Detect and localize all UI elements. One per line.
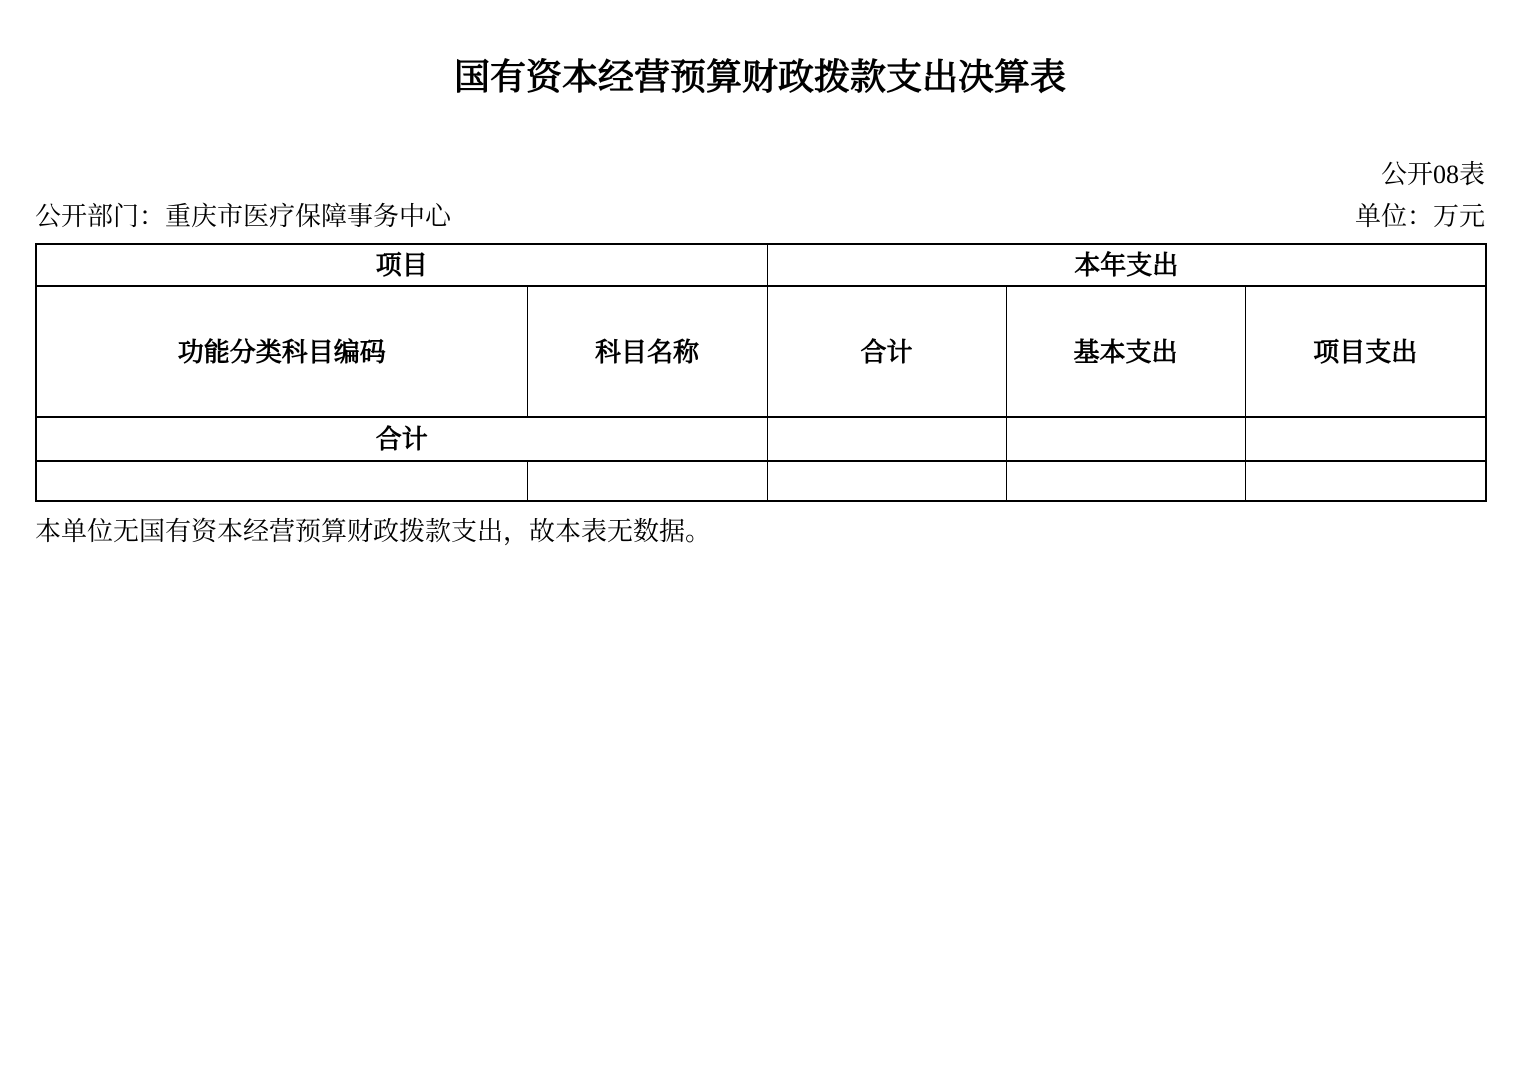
empty-row-total-cell <box>767 461 1006 501</box>
empty-row-name-cell <box>527 461 767 501</box>
column-header-row: 功能分类科目编码 科目名称 合计 基本支出 项目支出 <box>36 286 1486 417</box>
group-header-current-year-expenditure: 本年支出 <box>767 244 1486 286</box>
page-title: 国有资本经营预算财政拨款支出决算表 <box>35 55 1485 99</box>
meta-row: 公开部门：重庆市医疗保障事务中心 单位：万元 <box>35 201 1485 233</box>
table-code-label: 公开08表 <box>35 159 1485 191</box>
group-header-row: 项目 本年支出 <box>36 244 1486 286</box>
total-row-project-cell <box>1245 417 1486 461</box>
total-row-total-cell <box>767 417 1006 461</box>
total-row-basic-cell <box>1006 417 1245 461</box>
group-header-project: 项目 <box>36 244 767 286</box>
department-label: 公开部门：重庆市医疗保障事务中心 <box>35 201 451 233</box>
empty-row-code-cell <box>36 461 527 501</box>
document-page: 国有资本经营预算财政拨款支出决算表 公开08表 公开部门：重庆市医疗保障事务中心… <box>0 55 1520 548</box>
col-header-total: 合计 <box>767 286 1006 417</box>
no-data-note: 本单位无国有资本经营预算财政拨款支出，故本表无数据。 <box>35 516 1485 548</box>
col-header-project-expenditure: 项目支出 <box>1245 286 1486 417</box>
empty-data-row <box>36 461 1486 501</box>
col-header-basic-expenditure: 基本支出 <box>1006 286 1245 417</box>
col-header-subject-name: 科目名称 <box>527 286 767 417</box>
total-row-label: 合计 <box>36 417 767 461</box>
empty-row-basic-cell <box>1006 461 1245 501</box>
total-row: 合计 <box>36 417 1486 461</box>
budget-table: 项目 本年支出 功能分类科目编码 科目名称 合计 基本支出 项目支出 合计 <box>35 243 1487 502</box>
unit-label: 单位：万元 <box>1355 201 1485 233</box>
col-header-function-code: 功能分类科目编码 <box>36 286 527 417</box>
empty-row-project-cell <box>1245 461 1486 501</box>
